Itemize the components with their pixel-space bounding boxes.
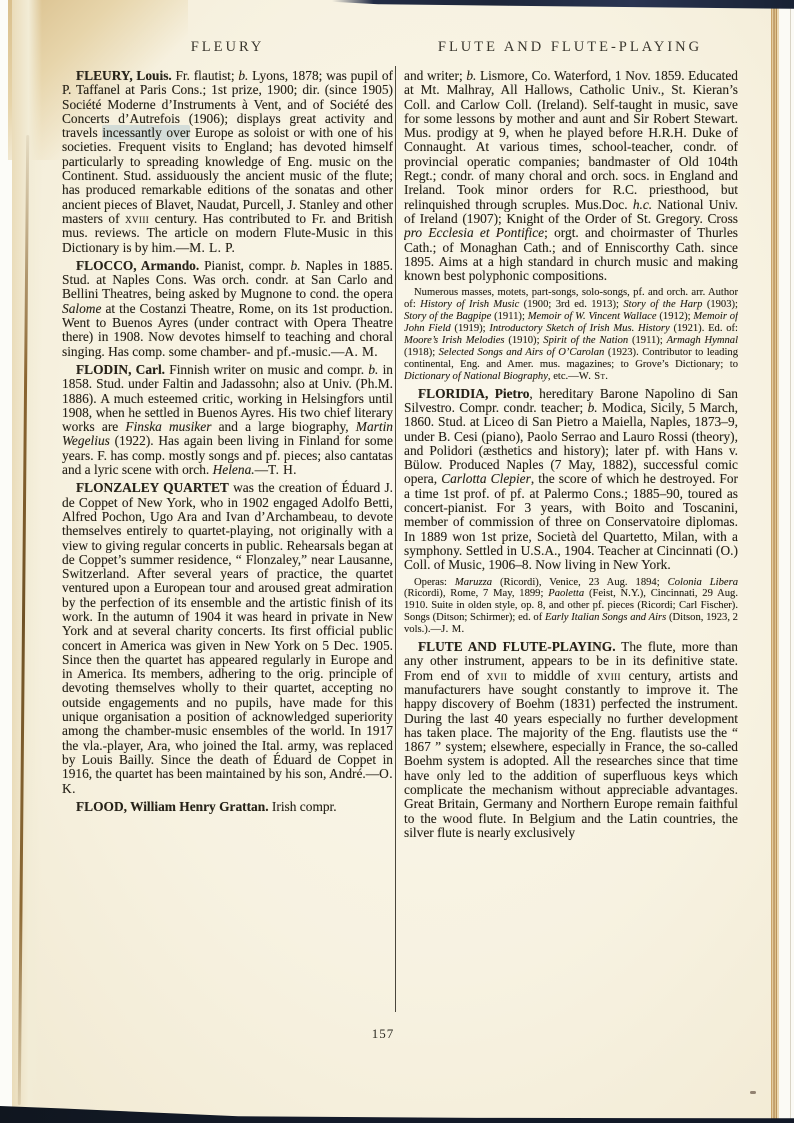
text-run: Moore’s Irish Melodies [404,335,505,346]
text-run: (1921). Ed. of: [670,323,738,334]
text-run: and a large biography, [211,419,355,434]
text-run: and writer; [404,69,466,83]
text-run: Armagh Hymnal [667,335,738,346]
text-run: b. [291,258,301,273]
text-run: xviii [125,211,149,226]
text-run: xvii [487,668,508,683]
text-run: b. [238,69,248,83]
column-right: and writer; b. Lismore, Co. Waterford, 1… [404,69,738,1023]
column-divider [395,66,396,1012]
entry-flood: FLOOD, William Henry Grattan. Irish comp… [62,800,393,814]
text-run: Helena. [213,462,255,477]
text-run: FLODIN, Carl. [76,362,165,377]
text-run: incessantly over [102,125,190,140]
text-run: M. L. P. [189,240,235,255]
text-run: pro Ecclesia et Pontifice [404,225,544,240]
running-head-right: FLUTE AND FLUTE-PLAYING [400,39,740,56]
entry-flocco: FLOCCO, Armando. Pianist, compr. b. Napl… [62,259,393,359]
text-run: FLOCCO, Armando. [76,258,199,273]
text-run: Maruzza [455,577,492,588]
scanned-book-page: FLEURY FLUTE AND FLUTE-PLAYING FLEURY, L… [0,0,794,1123]
running-head-left: FLEURY [62,39,393,56]
background-top-edge [332,0,794,10]
photo-left-margin [0,0,12,1123]
entry-flodin: FLODIN, Carl. Finnish writer on music an… [62,363,393,477]
text-run: Irish compr. [269,799,337,814]
entry-flonzaley-quartet: FLONZALEY QUARTET was the creation of Éd… [62,481,393,796]
text-run: FLONZALEY QUARTET [76,480,229,495]
text-run: Lismore, Co. Waterford, 1 Nov. 1859. Edu… [404,69,738,212]
text-run: J. M. [441,624,465,635]
text-run: Story of the Bagpipe [404,311,491,322]
background-bottom-edge [0,1106,794,1123]
text-run: (Ricordi), Rome, 7 May, 1899; [404,588,548,599]
text-run: Introductory Sketch of Irish Mus. Histor… [489,323,669,334]
entry-flute-and-flute-playing: FLUTE AND FLUTE-PLAYING. The flute, more… [404,640,738,840]
entry-floridia-works: Operas: Maruzza (Ricordi), Venice, 23 Au… [404,577,738,637]
text-run: (1900; 3rd ed. 1913); [519,299,623,310]
text-run: Colonia Libera [668,577,738,588]
text-run: , etc.— [548,371,579,382]
text-run: Story of the Harp [623,299,702,310]
photo-right-margin [779,0,794,1123]
text-run: Spirit of the Nation [543,335,628,346]
text-run: xviii [597,668,621,683]
text-run: b. [368,362,378,377]
text-run: b. [466,69,476,83]
text-run: Selected Songs and Airs of O’Carolan [439,347,605,358]
text-run: Memoir of W. Vincent Wallace [528,311,657,322]
text-run: (1911); [491,311,527,322]
text-run: h.c. [633,197,652,212]
photo-edge-line [790,0,791,1123]
text-run: to middle of [507,668,597,683]
text-run: A. M. [344,344,378,359]
text-run: was the creation of Éduard J. de Coppet … [62,480,393,781]
text-run: Finnish writer on music and compr. [165,362,368,377]
text-run: Operas: [414,577,455,588]
text-run: FLORIDIA, Pietro [418,386,529,401]
page-edge-right [771,7,779,1123]
text-run: (1911); [628,335,666,346]
entry-flood-works: Numerous masses, motets, part-songs, sol… [404,287,738,382]
text-run: Finska musiker [125,419,211,434]
column-left: FLEURY, Louis. Fr. flautist; b. Lyons, 1… [62,69,393,1023]
text-run: b. [588,400,598,415]
text-run: (Ricordi), Venice, 23 Aug. 1894; [492,577,668,588]
text-run: Pianist, compr. [199,258,290,273]
text-run: (1910); [505,335,544,346]
text-run: Carlotta Clepier [441,471,531,486]
text-run: — [255,462,268,477]
text-run: , the score of which he destroyed. For a… [404,471,738,572]
text-run: (1918); [404,347,439,358]
text-run: Paoletta [548,588,584,599]
text-run: W. St. [579,371,609,382]
text-run: History of Irish Music [420,299,519,310]
text-run: (1919); [451,323,490,334]
text-run: Salome [62,301,101,316]
page-number: 157 [0,1026,766,1042]
text-run: Dictionary of National Biography [404,371,548,382]
text-run: century, artists and manufacturers have … [404,668,738,840]
text-run: FLUTE AND FLUTE-PLAYING. [418,639,616,654]
text-run: Early Italian Songs and Airs [545,612,666,623]
text-run: FLEURY, Louis. [76,69,172,83]
paper-speck [750,1091,756,1094]
text-run: (1912); [657,311,694,322]
entry-flood-continuation: and writer; b. Lismore, Co. Waterford, 1… [404,69,738,283]
text-run: (1903); [702,299,738,310]
text-run: FLOOD, William Henry Grattan. [76,799,269,814]
entry-floridia: FLORIDIA, Pietro, hereditary Barone Napo… [404,387,738,573]
entry-fleury: FLEURY, Louis. Fr. flautist; b. Lyons, 1… [62,69,393,255]
text-run: Fr. flautist; [172,69,239,83]
text-run: T. H. [268,462,297,477]
